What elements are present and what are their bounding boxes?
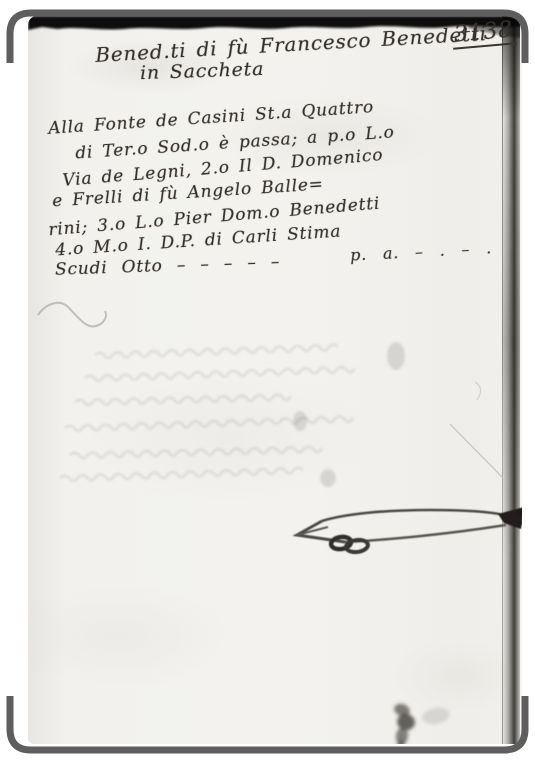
header-subtitle: in Saccheta [140,58,265,84]
manuscript-scan-view: Bened.ti di fù Francesco Benedetti 3138 … [0,0,535,760]
page-scan: Bened.ti di fù Francesco Benedetti 3138 … [28,16,522,744]
folio-number: 3138 [451,17,517,49]
